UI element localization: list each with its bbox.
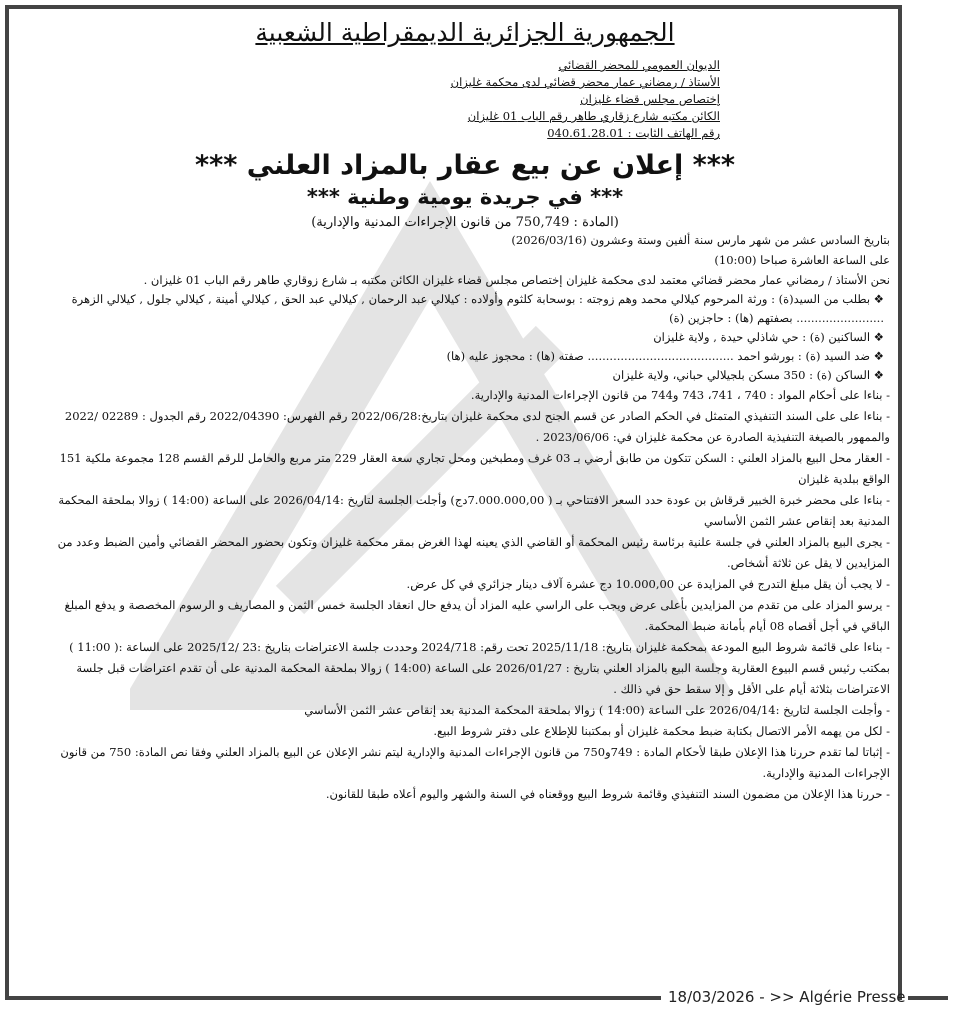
- document-border-bottom-right: [908, 996, 948, 1000]
- clause-bid-increment: - لا يجب أن يقل مبلغ التدرج في المزايدة …: [40, 574, 890, 595]
- clause-publication: - إثباتا لما تقدم حررنا هذا الإعلان طبقا…: [40, 742, 890, 784]
- document-border-bottom: [5, 996, 661, 1000]
- party-requesting: ❖ بطلب من السيد(ة) : ورثة المرحوم كيلالي…: [40, 290, 890, 328]
- republic-header: الجمهورية الجزائرية الديمقراطية الشعبية: [40, 18, 890, 47]
- announcement-title: *** إعلان عن بيع عقار بالمزاد العلني ***: [40, 150, 890, 181]
- article-reference: (المادة : 750,749 من قانون الإجراءات الم…: [40, 215, 890, 230]
- office-line-1: الديوان العمومي للمحضر القضائي: [40, 57, 720, 74]
- office-line-3: إختصاص مجلس قضاء غليزان: [40, 91, 720, 108]
- clause-contact: - لكل من يهمه الأمر الاتصال بكتابة ضبط م…: [40, 721, 890, 742]
- announcement-document: الجمهورية الجزائرية الديمقراطية الشعبية …: [40, 12, 890, 805]
- intro-date: بتاريخ السادس عشر من شهر مارس سنة ألفين …: [40, 230, 890, 250]
- office-line-2: الأستاذ / رمضاني عمار محضر قضائي لدى محك…: [40, 74, 720, 91]
- party-against: ❖ ضد السيد (ة) : بورشو احمد ............…: [40, 347, 890, 366]
- intro-time: على الساعة العاشرة صباحا (10:00): [40, 250, 890, 270]
- clause-conditions-list: - بناءا على قائمة شروط البيع المودعة بمح…: [40, 637, 890, 700]
- party-against-address: ❖ الساكن (ة) : 350 مسكن بلجيلالي حباني، …: [40, 366, 890, 385]
- clause-enforcement-title: - بناءا على على السند التنفيذي المتمثل ف…: [40, 406, 890, 448]
- clause-public-session: - يجرى البيع بالمزاد العلني في جلسة علني…: [40, 532, 890, 574]
- clause-property: - العقار محل البيع بالمزاد العلني : السك…: [40, 448, 890, 490]
- announcement-subtitle: *** في جريدة يومية وطنية ***: [40, 185, 890, 209]
- footer-source: 18/03/2026 - >> Algérie Presse: [668, 988, 906, 1006]
- office-line-4: الكائن مكتبه شارع زقاري طاهر رقم الباب 0…: [40, 108, 720, 125]
- clause-expert-price: - بناءا على محضر خبرة الخبير قرقاش بن عو…: [40, 490, 890, 532]
- clause-signature: - حررنا هذا الإعلان من مضمون السند التنف…: [40, 784, 890, 805]
- party-requesting-address: ❖ الساكنين (ة) : حي شاذلي حيدة , ولاية غ…: [40, 328, 890, 347]
- clause-payment: - يرسو المزاد على من تقدم من المزايدين ب…: [40, 595, 890, 637]
- intro-bailiff: نحن الأستاذ / رمضاني عمار محضر قضائي معت…: [40, 270, 890, 290]
- clause-postponed-session: - وأجلت الجلسة لتاريخ :2026/04/14 على ال…: [40, 700, 890, 721]
- office-phone: رقم الهاتف الثابت : 040.61.28.01: [40, 125, 720, 142]
- clause-articles: - بناءا على أحكام المواد : 740 ، 741، 74…: [40, 385, 890, 406]
